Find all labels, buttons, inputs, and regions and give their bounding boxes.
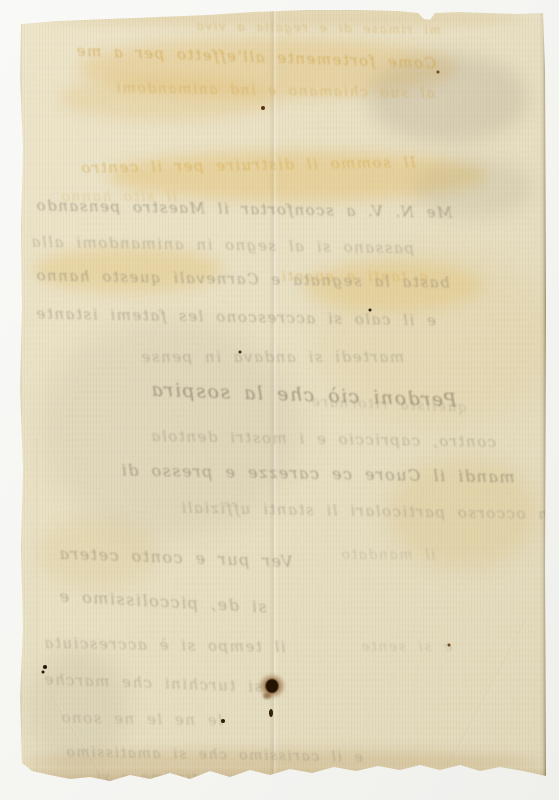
paper-right-edge-shade xyxy=(540,8,546,780)
ink-stain xyxy=(58,76,278,121)
ink-stain xyxy=(33,248,223,293)
mirrored-handwriting-line: e il carissimo che si amatissimo xyxy=(65,745,363,764)
mirrored-handwriting-line: al suo chiamano e ind animandomi xyxy=(115,81,435,101)
ink-stain xyxy=(28,648,128,768)
paper-top-edge-shade xyxy=(18,8,546,12)
mirrored-handwriting-line: il mandato xyxy=(340,548,435,562)
ink-stain xyxy=(388,458,538,568)
ink-spot xyxy=(437,71,440,74)
ink-stain xyxy=(38,518,158,588)
ink-stain xyxy=(42,10,522,26)
fold-crease xyxy=(36,438,40,778)
mirrored-handwriting-line: si de, piccolissimo e xyxy=(58,589,267,616)
mirrored-handwriting-line: a tanti e quanti xyxy=(280,270,428,284)
paper-left-edge-shade xyxy=(18,8,23,780)
ink-stain xyxy=(413,158,533,218)
mirrored-handwriting-line: Me N. V. a sconfortar il Maestro pensand… xyxy=(35,198,453,220)
mirrored-handwriting-line: mandi il Cuore ce carezze e presso di xyxy=(120,463,515,486)
mirrored-handwriting-line: passano si al segno in animandomi alla xyxy=(30,235,414,257)
ink-spot xyxy=(261,676,283,696)
mirrored-handwriting-line: Ver pur e conto cetera xyxy=(58,546,293,570)
mirrored-handwriting-line: quelista ritornare xyxy=(310,395,467,414)
ink-spot xyxy=(43,665,47,669)
ink-spot xyxy=(263,693,271,699)
mirrored-handwriting-line: e il calo si accrescono les fatemi istan… xyxy=(35,307,436,329)
mirrored-handwriting-line: Il sommo il distruire per il centro xyxy=(80,155,416,176)
ink-spot xyxy=(266,679,279,693)
mirrored-handwriting-line: in occorso particolari li stanti uffizia… xyxy=(180,501,555,523)
ink-stain xyxy=(318,248,558,428)
fold-crease-layer xyxy=(18,8,546,780)
scanner-background: mi rimase di e regalia a vivaCome fortem… xyxy=(0,0,559,800)
mirrored-handwriting-line: contro, capriccio e i mostri dentola xyxy=(150,429,496,450)
ink-stain xyxy=(368,53,528,143)
mirrored-handwriting-line: martedì si andava in pense xyxy=(140,350,404,365)
ink-spot xyxy=(42,671,45,674)
mirrored-handwriting-line: il tempo si è accresciuta xyxy=(43,636,286,655)
mirrored-handwriting-line: le ne le ne sono xyxy=(60,711,223,729)
ink-spot xyxy=(221,719,225,723)
ink-spot xyxy=(261,106,265,110)
stain-layer xyxy=(18,8,546,780)
paper-bottom-edge-tint xyxy=(18,767,546,780)
mirrored-handwriting-line: Come fortemente all'effetto per a me xyxy=(75,44,436,72)
ink-spot xyxy=(448,644,451,647)
mirrored-handwriting-line: il sito hanno xyxy=(60,190,177,204)
mirrored-handwriting-line: Perdoni ciò che la sospira xyxy=(150,381,457,411)
mirrored-handwriting-line: mi rimase di e regalia a viva xyxy=(195,20,441,36)
fold-crease xyxy=(446,617,528,769)
mirrored-bleedthrough-writing-layer: mi rimase di e regalia a vivaCome fortem… xyxy=(18,8,546,780)
ink-stain xyxy=(108,151,488,201)
mirrored-handwriting-line: si turchini che marche xyxy=(43,672,263,695)
ink-spot xyxy=(269,709,273,717)
ink-blot-layer xyxy=(18,8,546,780)
ink-stain xyxy=(78,38,458,98)
mirrored-handwriting-line: basta la segnata e Carnevali questo hann… xyxy=(35,268,450,290)
mirrored-handwriting-line: e si sente xyxy=(360,640,452,654)
ink-stain xyxy=(303,261,483,311)
ink-spot xyxy=(369,309,372,312)
ink-spot xyxy=(239,351,242,354)
ink-stain xyxy=(38,318,298,538)
letter-page-verso: mi rimase di e regalia a vivaCome fortem… xyxy=(18,8,546,780)
laid-paper-texture xyxy=(18,8,546,780)
fold-crease xyxy=(269,8,278,780)
